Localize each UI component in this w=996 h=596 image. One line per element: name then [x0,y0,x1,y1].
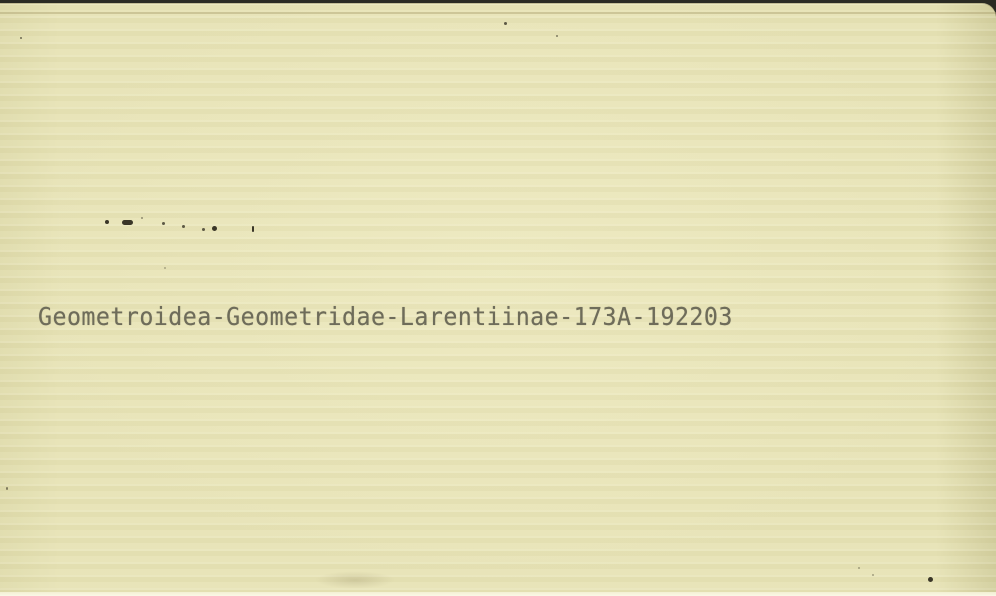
card-bottom-edge [0,592,996,596]
ink-specks [0,3,996,596]
card-top-ruled-edge [0,12,996,14]
faded-stamp-smudge [315,571,395,589]
index-card: Geometroidea-Geometridae-Larentiinae-173… [0,3,996,596]
specimen-label-text: Geometroidea-Geometridae-Larentiinae-173… [38,303,733,331]
